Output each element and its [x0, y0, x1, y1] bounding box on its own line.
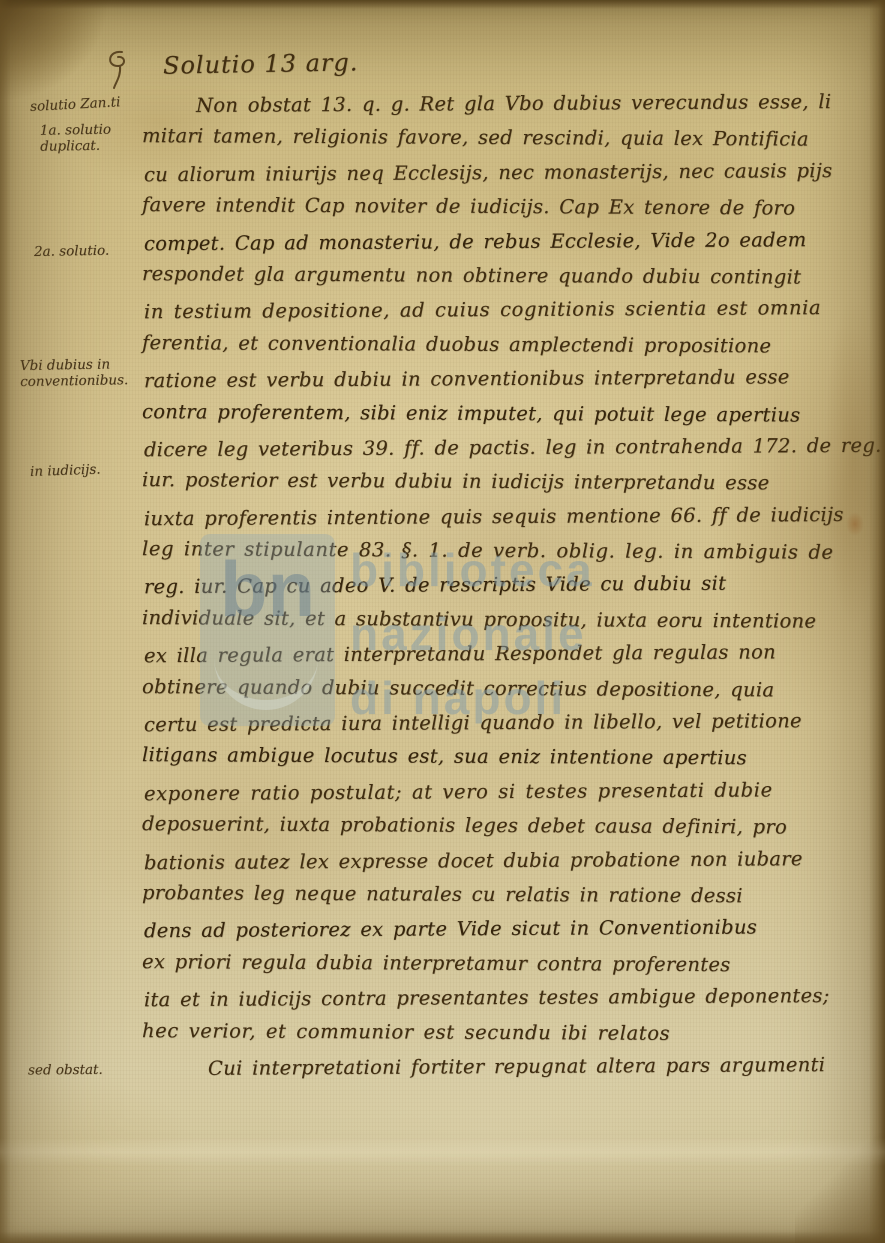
margin-note-solutio-zan: solutio Zan.ti [30, 93, 143, 115]
manuscript-line: compet. Cap ad monasteriu, de rebus Eccl… [144, 227, 876, 266]
manuscript-line: contra proferentem, sibi eniz imputet, q… [142, 400, 874, 438]
torn-corner [795, 1133, 885, 1243]
manuscript-line: individuale sit, et a substantivu propos… [142, 606, 874, 644]
manuscript-line: Non obstat 13. q. g. Ret gla Vbo dubius … [144, 90, 876, 129]
manuscript-line: dens ad posteriorez ex parte Vide sicut … [144, 915, 876, 954]
margin-note-secunda-solutio: 2a. solutio. [34, 242, 146, 260]
page-heading: Solutio 13 arg. [163, 48, 359, 79]
manuscript-line: hec verior, et communior est secundu ibi… [142, 1019, 874, 1057]
manuscript-line: cu aliorum iniurijs neq Ecclesijs, nec m… [144, 159, 876, 198]
manuscript-line: in testium depositione, ad cuius cogniti… [144, 296, 876, 335]
manuscript-line: bationis autez lex expresse docet dubia … [144, 846, 876, 885]
manuscript-line: favere intendit Cap noviter de iudicijs.… [142, 193, 874, 231]
manuscript-line: iur. posterior est verbu dubiu in iudici… [142, 468, 874, 506]
manuscript-line: obtinere quando dubiu succedit correctiu… [142, 675, 874, 713]
page-edge-top [0, 0, 885, 9]
manuscript-line: respondet gla argumentu non obtinere qua… [142, 262, 874, 300]
margin-note-sed-obstat: sed obstat. [28, 1062, 140, 1079]
page-edge-bottom [0, 1231, 885, 1243]
manuscript-line: probantes leg neque naturales cu relatis… [142, 881, 874, 919]
manuscript-line: exponere ratio postulat; at vero si test… [144, 778, 876, 817]
manuscript-line: ita et in iudicijs contra presentantes t… [144, 984, 876, 1023]
margin-note-in-iudiciis: in iudicijs. [30, 460, 142, 480]
manuscript-line: reg. iur. Cap cu adeo V. de rescriptis V… [144, 571, 876, 610]
manuscript-line: dicere leg veteribus 39. ff. de pactis. … [144, 434, 876, 473]
paper-crease [0, 1138, 885, 1166]
manuscript-line: ex priori regula dubia interpretamur con… [142, 950, 874, 988]
manuscript-line: ex illa regula erat interpretandu Respon… [144, 640, 876, 679]
manuscript-line: leg inter stipulante 83. §. 1. de verb. … [142, 537, 874, 575]
manuscript-line: litigans ambigue locutus est, sua eniz i… [142, 744, 874, 782]
margin-note-prima-solutio: 1a. solutio duplicat. [40, 121, 133, 155]
manuscript-line: Cui interpretationi fortiter repugnat al… [144, 1053, 876, 1092]
margin-note-dubius-conventionibus: Vbi dubius in conventionibus. [20, 356, 141, 390]
manuscript-line: ferentia, et conventionalia duobus ample… [142, 331, 874, 369]
manuscript-line: iuxta proferentis intentione quis sequis… [144, 502, 876, 541]
manuscript-line: certu est predicta iura intelligi quando… [144, 709, 876, 748]
body-lines: Non obstat 13. q. g. Ret gla Vbo dubius … [142, 92, 874, 1089]
page-edge-left [0, 0, 10, 1243]
manuscript-page: Solutio 13 arg. solutio Zan.ti 1a. solut… [0, 0, 885, 1243]
manuscript-line: mitari tamen, religionis favore, sed res… [142, 124, 874, 162]
manuscript-line: ratione est verbu dubiu in conventionibu… [144, 365, 876, 404]
manuscript-line: deposuerint, iuxta probationis leges deb… [142, 812, 874, 850]
pen-flourish-icon [100, 48, 134, 94]
